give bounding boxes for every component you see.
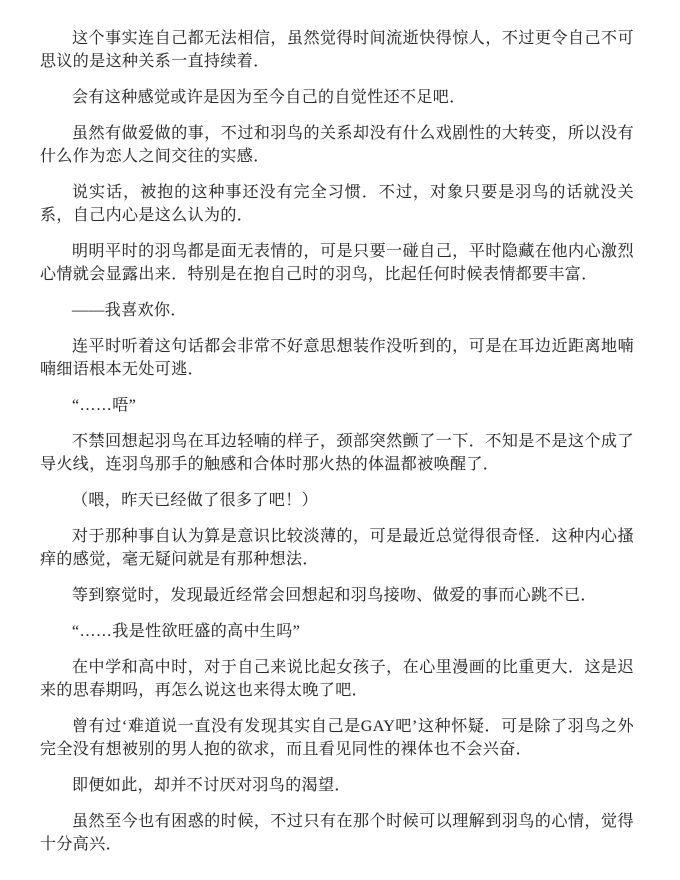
paragraph: 不禁回想起羽鸟在耳边轻喃的样子，颈部突然颤了一下．不知是不是这个成了导火线，连羽… — [40, 430, 634, 476]
paragraph: 即便如此，却并不讨厌对羽鸟的渴望． — [40, 774, 634, 797]
paragraph: 这个事实连自己都无法相信，虽然觉得时间流逝快得惊人，不过更令自己不可思议的是这种… — [40, 27, 634, 73]
paragraph: 会有这种感觉或许是因为至今自己的自觉性还不足吧． — [40, 86, 634, 109]
paragraph: 等到察觉时，发现最近经常会回想起和羽鸟接吻、做爱的事而心跳不已． — [40, 584, 634, 607]
paragraph: 在中学和高中时，对于自己来说比起女孩子，在心里漫画的比重更大．这是迟来的思春期吗… — [40, 656, 634, 702]
paragraph: 连平时听着这句话都会非常不好意思想装作没听到的，可是在耳边近距离地喃喃细语根本无… — [40, 335, 634, 381]
paragraph-inner-monologue: （喂，昨天已经做了很多了吧！） — [40, 489, 634, 512]
paragraph-inner-monologue: ——我喜欢你． — [40, 299, 634, 322]
paragraph-dialogue: “……唔” — [40, 394, 634, 417]
paragraph: 说实话，被抱的这种事还没有完全习惯．不过，对象只要是羽鸟的话就没关系，自己内心是… — [40, 181, 634, 227]
paragraph: 虽然至今也有困惑的时候，不过只有在那个时候可以理解到羽鸟的心情，觉得十分高兴． — [40, 810, 634, 856]
paragraph: 对于那种事自认为算是意识比较淡薄的，可是最近总觉得很奇怪．这种内心搔痒的感觉，毫… — [40, 525, 634, 571]
paragraph-dialogue: “……我是性欲旺盛的高中生吗” — [40, 620, 634, 643]
paragraph: 曾有过‘难道说一直没有发现其实自己是GAY吧’这种怀疑．可是除了羽鸟之外完全没有… — [40, 715, 634, 761]
paragraph: 虽然有做爱做的事，不过和羽鸟的关系却没有什么戏剧性的大转变，所以没有什么作为恋人… — [40, 122, 634, 168]
novel-page: 这个事实连自己都无法相信，虽然觉得时间流逝快得惊人，不过更令自己不可思议的是这种… — [0, 0, 680, 880]
paragraph: 明明平时的羽鸟都是面无表情的，可是只要一碰自己，平时隐藏在他内心激烈心情就会显露… — [40, 240, 634, 286]
